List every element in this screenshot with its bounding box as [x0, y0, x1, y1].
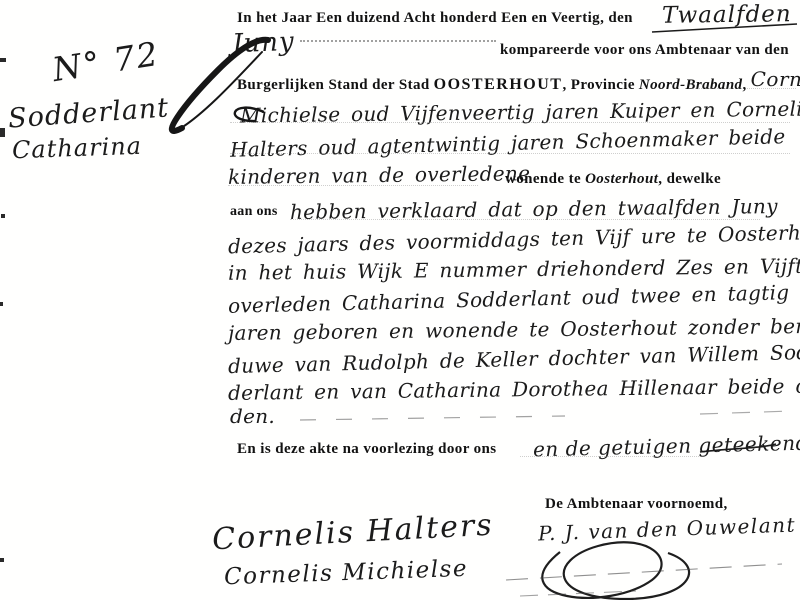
margin-deceased-firstname: Catharina [12, 132, 143, 165]
line3-sep1: , Provincie [562, 77, 634, 93]
declaration-line: jaren geboren en wonende te Oosterhout z… [228, 313, 800, 345]
witness-signature-2: Cornelis Michielse [224, 556, 469, 591]
declaration-line: dezes jaars des voormiddags ten Vijf ure… [228, 220, 800, 259]
scan-speck [0, 558, 4, 562]
declaration-printed-lead: aan ons [230, 204, 278, 220]
act-number: N° 72 [50, 34, 163, 89]
signature-flourish [542, 542, 689, 599]
residence-printed-post: , dewelke [658, 171, 721, 187]
declaration-line: den. [230, 404, 275, 428]
witness-signature-1: Cornelis Halters [211, 508, 494, 558]
scan-speck [0, 302, 3, 306]
death-certificate-document: N° 72 Sodderlant Catharina In het Jaar E… [0, 0, 800, 600]
fill-in-rule [230, 153, 790, 154]
fill-in-rule [520, 456, 705, 457]
residence-printed-pre: wonende te [505, 171, 581, 187]
fill-in-rule [230, 122, 790, 123]
header-day-handwritten: Twaalfden [662, 1, 792, 29]
comparant-line5-handwritten: Halters oud agtentwintig jaren Schoenmak… [230, 124, 786, 162]
declaration-line: duwe van Rudolph de Keller dochter van W… [228, 340, 800, 378]
residence-printed-line: wonende te Oosterhout, dewelke [505, 170, 721, 188]
official-signature: P. J. van den Ouwelant [538, 513, 797, 546]
line3-printed-pre: Burgerlijken Stand der Stad [237, 77, 430, 93]
line3-city: OOSTERHOUT [434, 76, 563, 93]
header-line1-printed: In het Jaar Een duizend Acht honderd Een… [237, 10, 633, 27]
scan-speck [0, 58, 6, 62]
declaration-line: derlant en van Catharina Dorothea Hillen… [228, 373, 800, 405]
header-line3: Burgerlijken Stand der Stad OOSTERHOUT, … [237, 70, 800, 94]
signature-flourish-dash [520, 591, 636, 596]
line3-sep2: , [742, 77, 746, 93]
closing-printed: En is deze akte na voorlezing door ons [237, 441, 497, 458]
official-caption: De Ambtenaar voornoemd, [545, 496, 728, 513]
margin-deceased-surname: Sodderlant [7, 92, 170, 134]
residence-city: Oosterhout [585, 171, 658, 187]
header-month-handwritten: Juny [231, 27, 295, 59]
fill-in-rule [290, 219, 760, 220]
declaration-line: overleden Catharina Sodderlant oud twee … [228, 280, 790, 318]
scan-speck [0, 128, 5, 137]
line3-province: Noord-Braband [639, 77, 743, 93]
trailing-dashes [700, 411, 792, 414]
fill-in-rule [688, 88, 796, 89]
declaration-line: in het huis Wijk E nummer driehonderd Ze… [228, 253, 800, 285]
trailing-dashes [300, 416, 565, 420]
scan-speck [1, 214, 5, 218]
fill-in-rule [228, 185, 478, 186]
signature-flourish-dash [506, 564, 782, 580]
header-line2-printed: kompareerde voor ons Ambtenaar van den [500, 42, 789, 59]
fill-in-rule [300, 40, 496, 42]
